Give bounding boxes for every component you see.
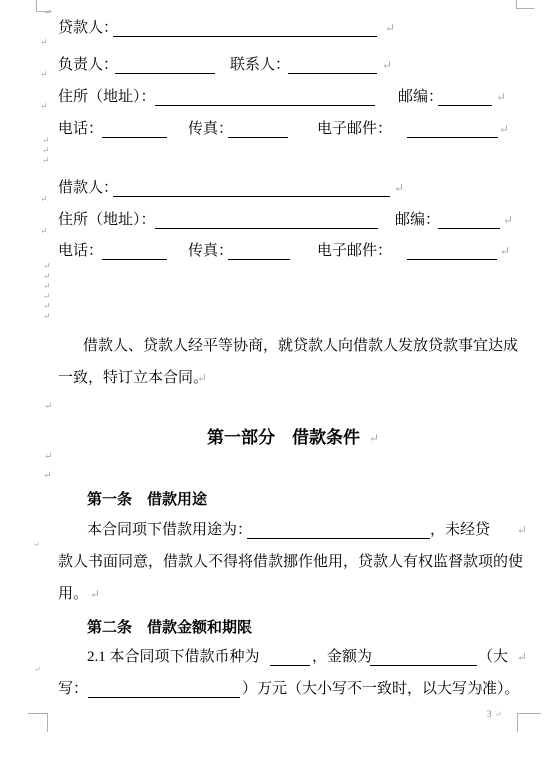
lender-contact-blank[interactable] xyxy=(288,56,377,74)
borrower-name-blank[interactable] xyxy=(113,179,390,197)
paragraph-mark-icon: ↵ xyxy=(517,651,527,663)
paragraph-mark-icon: ↵ xyxy=(43,292,51,301)
paragraph-mark-icon: ↵ xyxy=(40,227,48,236)
article1-line3: 用。 xyxy=(58,585,88,603)
paragraph-mark-icon: ↵ xyxy=(43,272,51,281)
paragraph-mark-icon: ↵ xyxy=(496,91,506,103)
article2-heading: 第二条 借款金额和期限 xyxy=(87,619,252,637)
paragraph-mark-icon: ↵ xyxy=(198,494,208,506)
lender-name-label: 贷款人： xyxy=(58,19,118,37)
lender-phone-label: 电话： xyxy=(58,120,103,138)
article1-line2: 款人书面同意，借款人不得将借款挪作他用，贷款人有权监督款项的使 xyxy=(58,553,523,571)
loan-purpose-text-after: ，未经贷 xyxy=(430,521,490,539)
paragraph-mark-icon: ↵ xyxy=(242,622,252,634)
part1-heading: 第一部分 借款条件 xyxy=(207,428,360,448)
paragraph-mark-icon: ↵ xyxy=(34,665,41,674)
amount-words-blank[interactable] xyxy=(88,680,240,698)
borrower-phone-label: 电话： xyxy=(58,242,103,260)
paragraph-mark-icon: ↵ xyxy=(40,195,48,204)
preamble-line2: 一致，特订立本合同。 xyxy=(58,369,208,387)
paragraph-mark-icon: ↵ xyxy=(42,156,50,165)
article1-heading: 第一条 借款用途 xyxy=(87,491,207,509)
loan-purpose-blank[interactable] xyxy=(247,521,430,539)
lender-manager-blank[interactable] xyxy=(115,56,215,74)
borrower-phone-blank[interactable] xyxy=(102,242,167,260)
paragraph-mark-icon: ↵ xyxy=(385,22,395,34)
amount-figures-blank[interactable] xyxy=(370,648,477,666)
lender-postcode-label: 邮编： xyxy=(398,88,443,106)
borrower-address-label: 住所（地址）： xyxy=(58,211,156,229)
paragraph-mark-icon: ↵ xyxy=(495,710,502,719)
paragraph-mark-icon: ↵ xyxy=(43,302,51,311)
lender-name-blank[interactable] xyxy=(113,19,377,37)
paragraph-mark-icon: ↵ xyxy=(44,8,52,17)
borrower-postcode-blank[interactable] xyxy=(438,211,500,229)
lender-fax-label: 传真： xyxy=(188,120,233,138)
paragraph-mark-icon: ↵ xyxy=(499,123,509,135)
paragraph-mark-icon: ↵ xyxy=(43,262,51,271)
borrower-name-label: 借款人： xyxy=(58,179,118,197)
paragraph-mark-icon: ↵ xyxy=(43,312,51,321)
lender-contact-label: 联系人： xyxy=(230,56,290,74)
paragraph-mark-icon: ↵ xyxy=(474,683,484,695)
document-page: ↵ ↵ ↵ ↵ ↵ ↵ ↵ ↵ ↵ ↵ ↵ ↵ ↵ ↵ ↵ ↵ ↵ ↵ ↵ ↵ … xyxy=(0,0,559,757)
paragraph-mark-icon: ↵ xyxy=(42,146,50,155)
article2-line1-seg3: （大 xyxy=(478,648,508,666)
lender-phone-blank[interactable] xyxy=(102,120,167,138)
paragraph-mark-icon: ↵ xyxy=(44,452,52,461)
borrower-address-blank[interactable] xyxy=(155,211,378,229)
paragraph-mark-icon: ↵ xyxy=(33,540,40,549)
currency-blank[interactable] xyxy=(270,648,310,666)
loan-purpose-text-before: 本合同项下借款用途为： xyxy=(87,521,252,539)
lender-address-label: 住所（地址）： xyxy=(58,88,156,106)
paragraph-mark-icon: ↵ xyxy=(40,102,48,111)
lender-postcode-blank[interactable] xyxy=(438,88,492,106)
lender-address-blank[interactable] xyxy=(155,88,375,106)
lender-fax-blank[interactable] xyxy=(228,120,288,138)
paragraph-mark-icon: ↵ xyxy=(197,372,207,384)
article2-line2-seg1: 写： xyxy=(58,680,88,698)
paragraph-mark-icon: ↵ xyxy=(503,214,513,226)
paragraph-mark-icon: ↵ xyxy=(42,136,50,145)
text-boundary-corner-bottom-left xyxy=(28,713,48,732)
borrower-postcode-label: 邮编： xyxy=(395,211,440,229)
lender-email-label: 电子邮件： xyxy=(317,120,392,138)
paragraph-mark-icon: ↵ xyxy=(517,524,527,536)
text-boundary-corner-bottom-right xyxy=(517,713,541,732)
paragraph-mark-icon: ↵ xyxy=(40,38,48,47)
page-number: 3 xyxy=(487,709,492,719)
lender-manager-label: 负责人： xyxy=(58,56,118,74)
preamble-line1: 借款人、贷款人经平等协商，就贷款人向借款人发放贷款事宜达成 xyxy=(83,337,518,355)
paragraph-mark-icon: ↵ xyxy=(43,471,51,480)
lender-email-blank[interactable] xyxy=(407,120,498,138)
borrower-fax-blank[interactable] xyxy=(228,242,290,260)
borrower-email-label: 电子邮件： xyxy=(317,242,392,260)
paragraph-mark-icon: ↵ xyxy=(369,432,379,444)
paragraph-mark-icon: ↵ xyxy=(44,402,52,411)
article2-line1-seg1: 2.1 本合同项下借款币种为 xyxy=(87,648,260,666)
paragraph-mark-icon: ↵ xyxy=(382,59,392,71)
paragraph-mark-icon: ↵ xyxy=(500,245,510,257)
borrower-fax-label: 传真： xyxy=(188,242,233,260)
paragraph-mark-icon: ↵ xyxy=(394,182,404,194)
paragraph-mark-icon: ↵ xyxy=(40,70,48,79)
paragraph-mark-icon: ↵ xyxy=(43,282,51,291)
paragraph-mark-icon: ↵ xyxy=(90,588,100,600)
text-boundary-corner-top-right xyxy=(516,0,534,9)
borrower-email-blank[interactable] xyxy=(407,242,497,260)
article2-line1-seg2: ，金额为 xyxy=(312,648,372,666)
